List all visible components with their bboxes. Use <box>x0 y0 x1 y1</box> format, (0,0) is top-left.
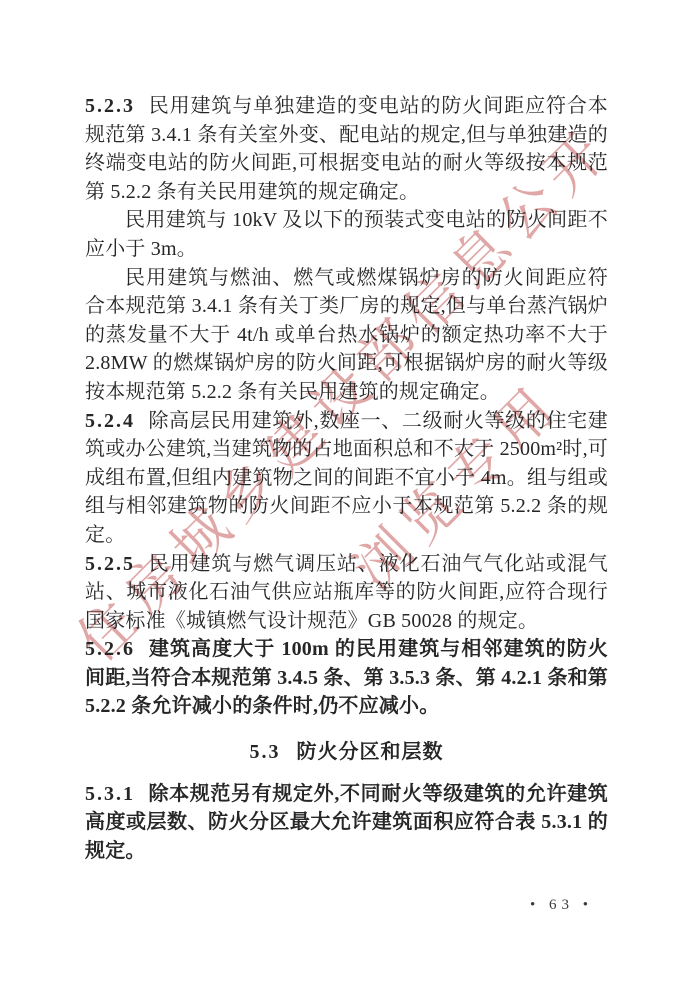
clause-number: 5.2.3 <box>85 95 135 117</box>
clause-text: 除高层民用建筑外,数座一、二级耐火等级的住宅建筑或办公建筑,当建筑物的占地面积总… <box>85 410 608 546</box>
document-content: 5.2.3民用建筑与单独建造的变电站的防火间距应符合本规范第 3.4.1 条有关… <box>85 92 608 865</box>
clause-text: 建筑高度大于 100m 的民用建筑与相邻建筑的防火间距,当符合本规范第 3.4.… <box>85 638 608 717</box>
clause-text: 民用建筑与燃气调压站、液化石油气气化站或混气站、城市液化石油气供应站瓶库等的防火… <box>85 553 608 632</box>
section-number: 5.3 <box>250 741 281 763</box>
clause-text: 除本规范另有规定外,不同耐火等级建筑的允许建筑高度或层数、防火分区最大允许建筑面… <box>85 783 608 862</box>
section-heading-5.3: 5.3防火分区和层数 <box>85 738 608 767</box>
paragraph: 民用建筑与 10kV 及以下的预装式变电站的防火间距不应小于 3m。 <box>85 206 608 263</box>
clause-5.2.4: 5.2.4除高层民用建筑外,数座一、二级耐火等级的住宅建筑或办公建筑,当建筑物的… <box>85 407 608 550</box>
clause-number: 5.2.5 <box>85 553 135 575</box>
clause-5.2.3: 5.2.3民用建筑与单独建造的变电站的防火间距应符合本规范第 3.4.1 条有关… <box>85 92 608 206</box>
clause-number: 5.2.4 <box>85 410 135 432</box>
clause-5.3.1: 5.3.1除本规范另有规定外,不同耐火等级建筑的允许建筑高度或层数、防火分区最大… <box>85 780 608 866</box>
document-page: 住房城乡建设部信息公开 浏览专用 5.2.3民用建筑与单独建造的变电站的防火间距… <box>0 0 690 1000</box>
clause-text: 民用建筑与单独建造的变电站的防火间距应符合本规范第 3.4.1 条有关室外变、配… <box>85 95 608 203</box>
clause-5.2.6: 5.2.6建筑高度大于 100m 的民用建筑与相邻建筑的防火间距,当符合本规范第… <box>85 635 608 721</box>
page-number: • 63 • <box>530 897 593 914</box>
clause-text: 民用建筑与 10kV 及以下的预装式变电站的防火间距不应小于 3m。 <box>85 209 608 260</box>
clause-5.2.5: 5.2.5民用建筑与燃气调压站、液化石油气气化站或混气站、城市液化石油气供应站瓶… <box>85 550 608 636</box>
section-title: 防火分区和层数 <box>297 741 444 763</box>
clause-number: 5.3.1 <box>85 783 135 805</box>
clause-text: 民用建筑与燃油、燃气或燃煤锅炉房的防火间距应符合本规范第 3.4.1 条有关丁类… <box>85 267 608 403</box>
paragraph: 民用建筑与燃油、燃气或燃煤锅炉房的防火间距应符合本规范第 3.4.1 条有关丁类… <box>85 264 608 407</box>
clause-number: 5.2.6 <box>85 638 135 660</box>
